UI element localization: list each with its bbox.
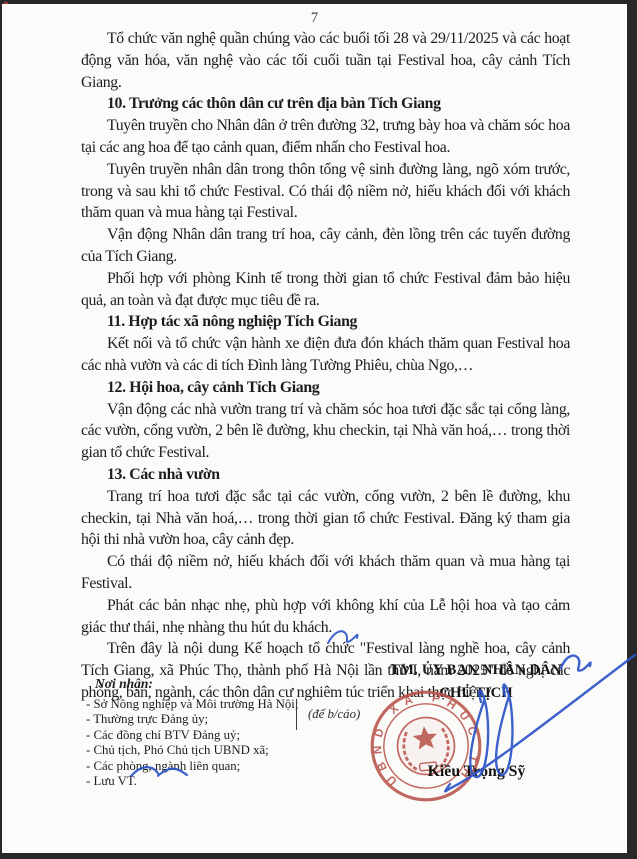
recipients-note-divider [296,699,297,730]
paragraph: Tổ chức văn nghệ quần chúng vào các buổi… [81,28,570,93]
recipient-item: - Thường trực Đảng ủy; [86,712,298,727]
document-body: Tổ chức văn nghệ quần chúng vào các buổi… [81,28,570,704]
recipient-item: - Các đồng chí BTV Đảng uỷ; [86,728,298,743]
scanned-document: 7 Tổ chức văn nghệ quần chúng vào các bu… [0,0,637,859]
recipients-list: - Sở Nông nghiệp và Môi trường Hà Nội; -… [86,697,298,789]
page-number: 7 [2,10,627,27]
section-heading-11: 11. Hợp tác xã nông nghiệp Tích Giang [81,311,570,333]
paragraph: Kết nối và tổ chức vận hành xe điện đưa … [81,333,570,377]
paragraph: Trang trí hoa tươi đặc sắc tại các vườn,… [81,486,570,551]
recipient-item: - Chủ tịch, Phó Chủ tịch UBND xã; [86,743,298,758]
paragraph: Phối hợp với phòng Kinh tế trong thời gi… [81,268,570,312]
recipients-heading: Nơi nhận: [95,676,153,692]
paragraph: Vận động các nhà vườn trang trí và chăm … [81,399,570,464]
section-heading-13: 13. Các nhà vườn [81,464,570,486]
approval-scribble-ink [325,625,363,649]
paragraph: Vận động Nhân dân trang trí hoa, cây cản… [81,224,570,268]
paragraph: Tuyên truyền cho Nhân dân ở trên đường 3… [81,115,570,159]
paragraph: Tuyên truyền nhân dân trong thôn tổng vệ… [81,159,570,224]
section-heading-10: 10. Trưởng các thôn dân cư trên địa bàn … [81,93,570,115]
recipient-item: - Lưu VT. [86,774,298,789]
report-copy-note: (để b/cáo) [308,707,360,722]
recipient-item: - Các phòng, ngành liên quan; [86,759,298,774]
document-page: 7 Tổ chức văn nghệ quần chúng vào các bu… [2,4,627,853]
paragraph: Có thái độ niềm nở, hiếu khách đối với k… [81,551,570,595]
section-heading-12: 12. Hội hoa, cây cảnh Tích Giang [81,377,570,399]
recipient-item: - Sở Nông nghiệp và Môi trường Hà Nội; [86,697,298,712]
initials-scribble-ink [129,763,191,781]
chairman-signature-ink [354,644,637,812]
